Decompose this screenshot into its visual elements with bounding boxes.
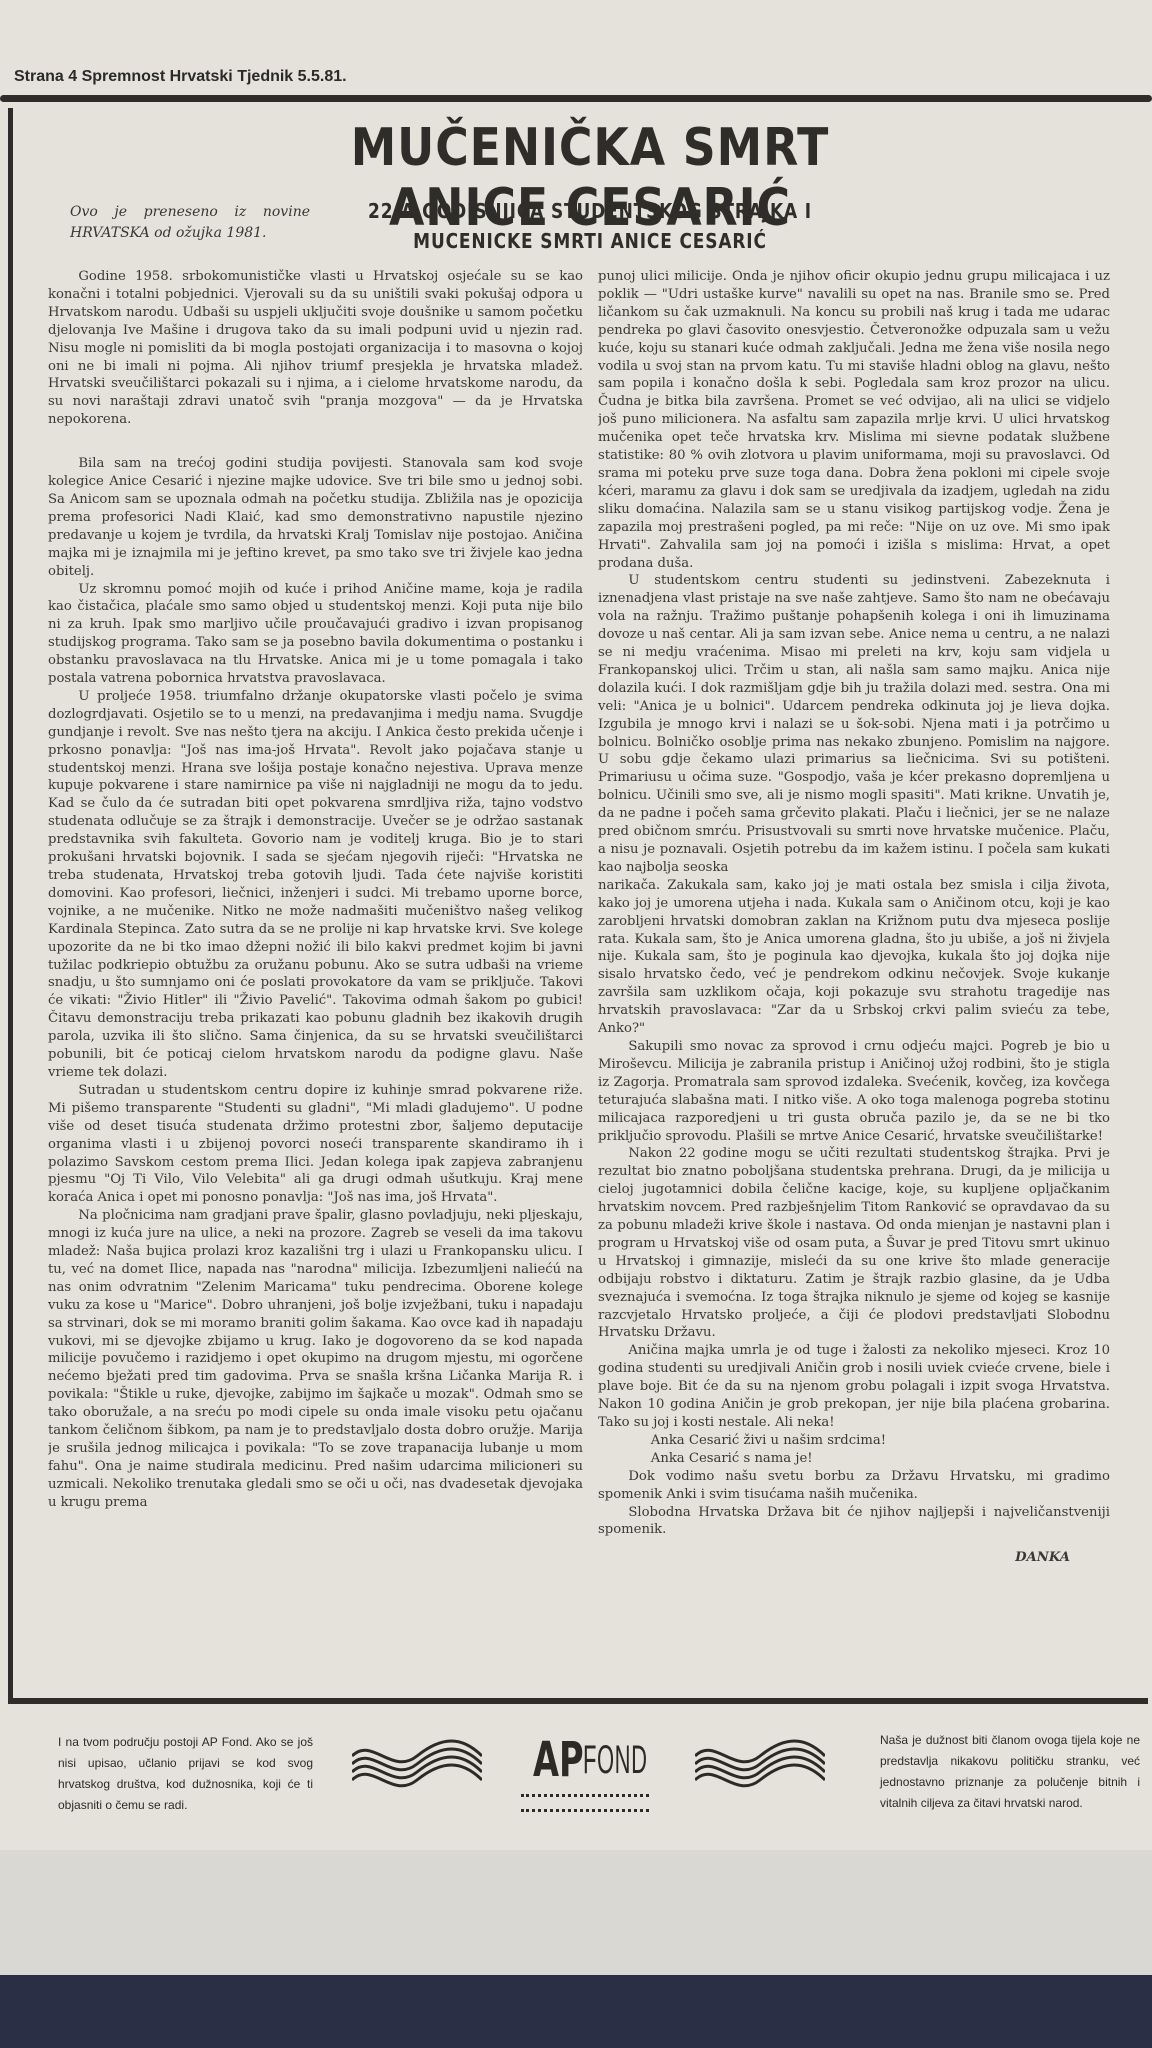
paragraph: U proljeće 1958. triumfalno držanje okup…	[48, 688, 583, 1082]
paragraph: Sakupili smo novac za sprovod i crnu odj…	[598, 1038, 1110, 1145]
closing-line: Anka Cesarić s nama je!	[598, 1450, 1110, 1468]
wave-ornament-icon	[695, 1736, 825, 1800]
paragraph: Nakon 22 godine mogu se učiti rezultati …	[598, 1145, 1110, 1342]
top-rule	[0, 95, 1152, 102]
paragraph: Dok vodimo našu svetu borbu za Državu Hr…	[598, 1468, 1110, 1504]
footer-right-text: Naša je dužnost biti članom ovoga tijela…	[880, 1730, 1140, 1814]
ap-fond-logo: AP FOND	[515, 1732, 665, 1812]
background-floor	[0, 1975, 1152, 2048]
paragraph: Sutradan u studentskom centru dopire iz …	[48, 1082, 583, 1207]
logo-fond: FOND	[583, 1738, 648, 1783]
paragraph: punoj ulici milicije. Onda je njihov ofi…	[598, 268, 1110, 572]
paragraph: Godine 1958. srbokomunističke vlasti u H…	[48, 268, 583, 429]
paragraph: Na pločnicima nam gradjani prave špalir,…	[48, 1207, 583, 1511]
paragraph: Uz skromnu pomoć mojih od kuće i prihod …	[48, 581, 583, 688]
paragraph: U studentskom centru studenti su jedinst…	[598, 572, 1110, 876]
footer-left-text: I na tvom području postoji AP Fond. Ako …	[58, 1732, 313, 1816]
wave-ornament-icon	[352, 1736, 482, 1800]
paragraph: Aničina majka umrla je od tuge i žalosti…	[598, 1342, 1110, 1432]
right-column: punoj ulici milicije. Onda je njihov ofi…	[598, 268, 1110, 1688]
running-head: Strana 4 Spremnost Hrvatski Tjednik 5.5.…	[14, 68, 347, 86]
signature: DANKA	[598, 1549, 1110, 1567]
logo-ap: AP	[533, 1732, 584, 1788]
left-column: Godine 1958. srbokomunističke vlasti u H…	[48, 268, 583, 1688]
ap-fond-footer: I na tvom području postoji AP Fond. Ako …	[0, 1712, 1152, 1832]
source-note: Ovo je preneseno iz novine HRVATSKA od o…	[70, 202, 310, 244]
chain-ornament-icon	[521, 1794, 649, 1812]
newspaper-page: Strana 4 Spremnost Hrvatski Tjednik 5.5.…	[0, 0, 1152, 1990]
paragraph: Bila sam na trećoj godini studija povije…	[48, 455, 583, 580]
paragraph: Slobodna Hrvatska Država bit će njihov n…	[598, 1504, 1110, 1540]
closing-line: Anka Cesarić živi u našim srdcima!	[598, 1432, 1110, 1450]
paragraph: narikača. Zakukala sam, kako joj je mati…	[598, 877, 1110, 1038]
subtitle-line-2: MUCENICKE SMRTI ANICE CESARIĆ	[361, 226, 820, 256]
subtitle-line-1: 22-A GODISNJICA STUDENTSKOG STRAJKA I	[361, 196, 820, 226]
article-subtitle: 22-A GODISNJICA STUDENTSKOG STRAJKA I MU…	[361, 196, 820, 256]
